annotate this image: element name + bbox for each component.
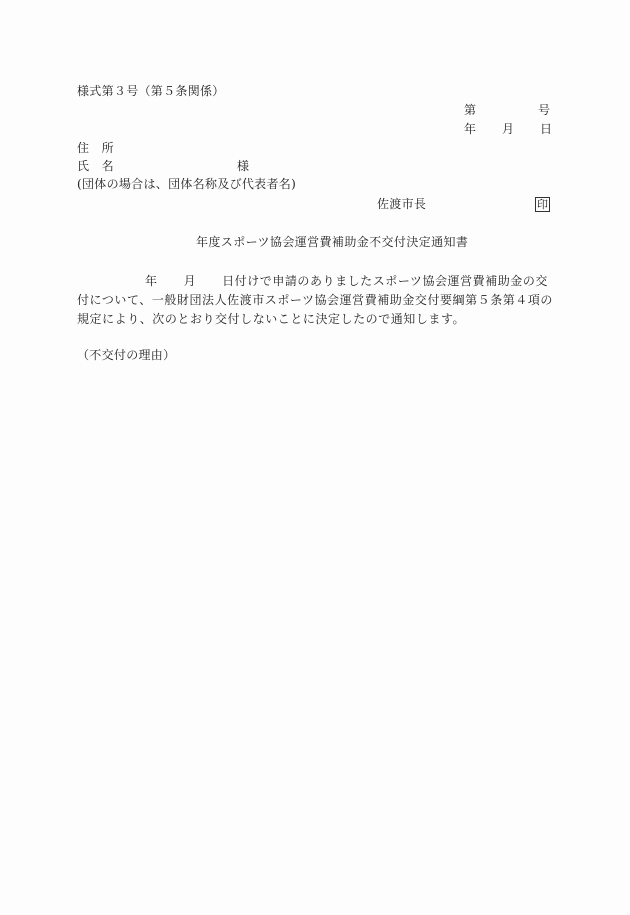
date-year-label: 年 — [464, 123, 476, 135]
sender-title: 佐渡市長 — [377, 198, 426, 210]
seal-stamp-icon: 印 — [535, 197, 550, 212]
document-title: 年度スポーツ協会運営費補助金不交付決定通知書 — [196, 236, 468, 248]
date-day-label: 日 — [540, 123, 552, 135]
recipient-group-note: (団体の場合は、団体名称及び代表者名) — [77, 178, 296, 190]
body-line-2: 付について、一般財団法人佐渡市スポーツ協会運営費補助金交付要綱第５条第４項の — [77, 291, 555, 310]
body-month-label: 月 — [184, 274, 197, 288]
body-line-3: 規定により、次のとおり交付しないことに決定したので通知します。 — [77, 310, 555, 329]
body-paragraph: 年月日付けで申請のありましたスポーツ協会運営費補助金の交 付について、一般財団法… — [77, 272, 555, 329]
recipient-address-label: 住 所 — [77, 142, 114, 154]
body-line-1-text: 日付けで申請のありましたスポーツ協会運営費補助金の交 — [222, 274, 548, 288]
reference-number-suffix: 号 — [538, 104, 550, 116]
document-page: 様式第３号（第５条関係） 第 号 年 月 日 住 所 氏 名 様 (団体の場合は… — [0, 0, 630, 915]
date-month-label: 月 — [502, 123, 514, 135]
body-line-1: 年月日付けで申請のありましたスポーツ協会運営費補助金の交 — [77, 272, 555, 291]
form-label: 様式第３号（第５条関係） — [77, 85, 225, 97]
body-year-label: 年 — [145, 274, 158, 288]
recipient-honorific: 様 — [237, 160, 249, 172]
recipient-name-label: 氏 名 — [77, 160, 114, 172]
reference-number-prefix: 第 — [464, 104, 476, 116]
reason-heading: （不交付の理由） — [77, 349, 175, 361]
